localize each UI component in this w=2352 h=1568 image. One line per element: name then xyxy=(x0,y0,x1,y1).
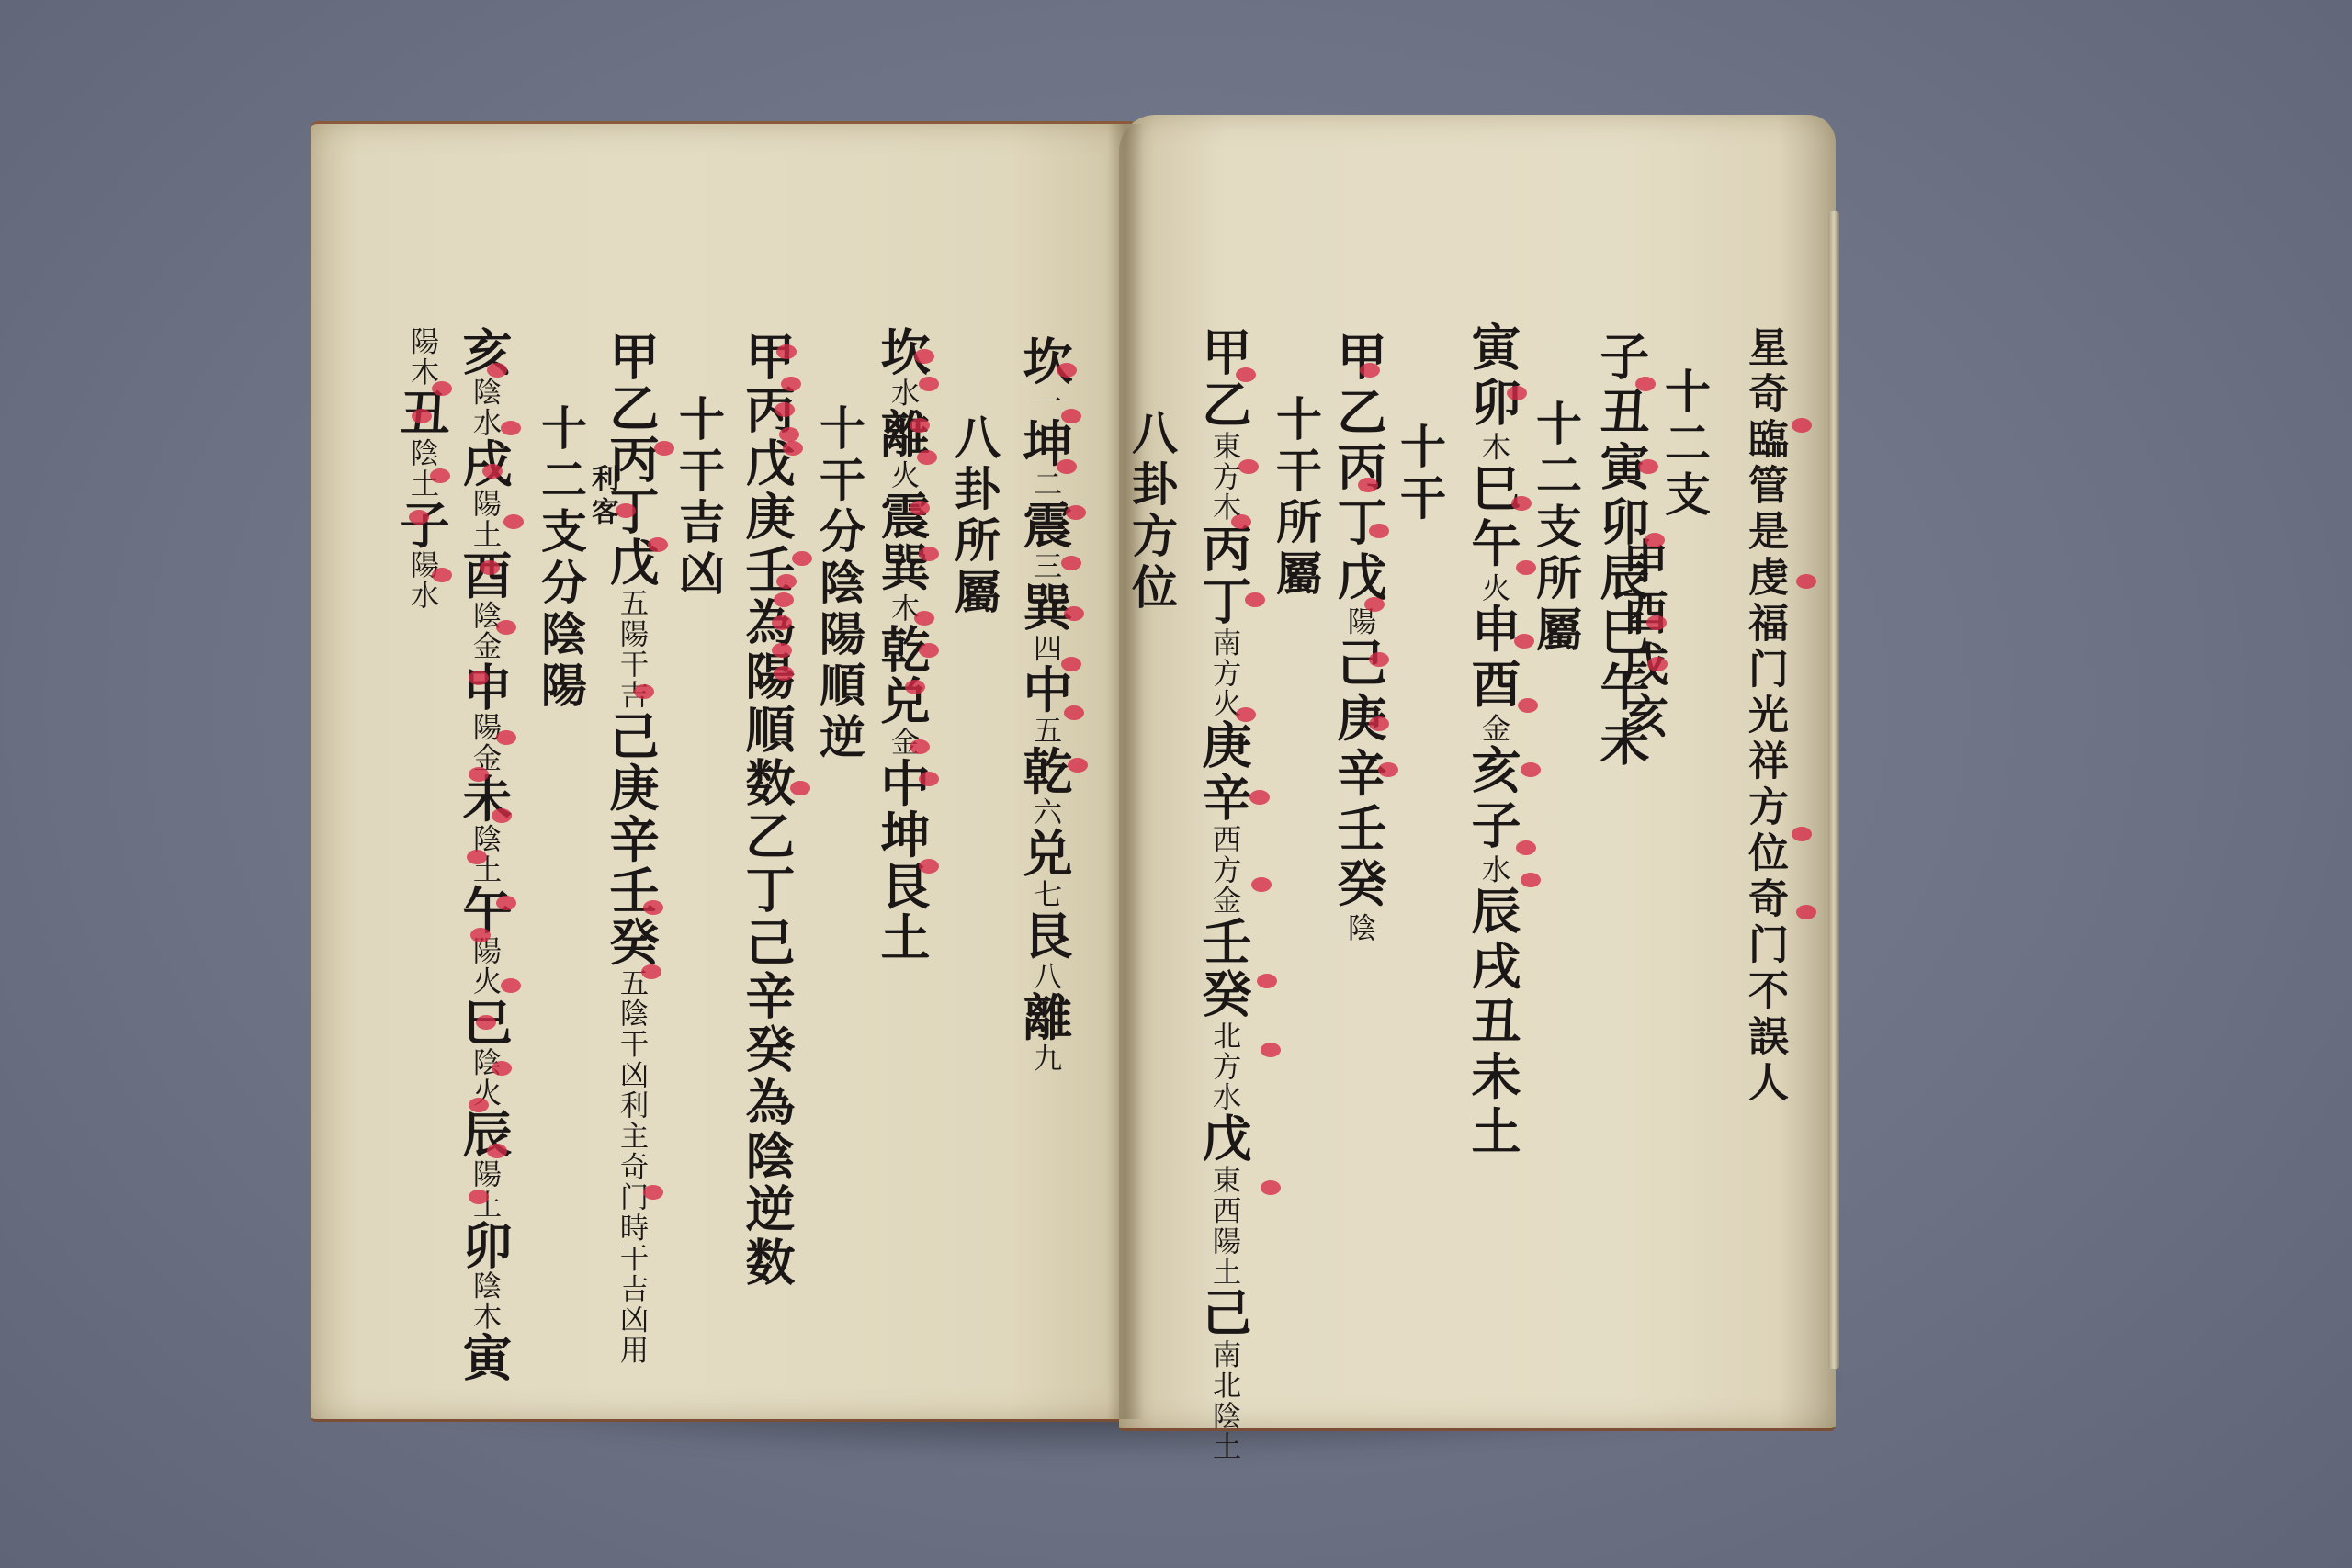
number: 一 xyxy=(1028,387,1061,417)
stems-order-column: 甲丙戊庚壬為陽順数乙丁己辛癸為陰逆数 xyxy=(742,331,792,1290)
stems-fortune-side-note: 利客 xyxy=(588,464,616,530)
page-stack-edge xyxy=(1828,211,1839,1369)
heading-ten-stems: 十干 xyxy=(1396,423,1442,525)
branch: 酉 xyxy=(455,549,514,600)
number: 八 xyxy=(1028,961,1061,991)
heading-text: 十干 xyxy=(1393,423,1447,525)
element-annotation: 火 xyxy=(886,459,919,490)
char-group: 寅卯 xyxy=(1464,321,1522,432)
branch: 卯 xyxy=(455,1220,514,1270)
direction-annotation: 東西陽土 xyxy=(1207,1165,1240,1287)
heading-branches-belong: 十二支所屬 xyxy=(1532,400,1578,657)
annotation: 五陰干凶利主 xyxy=(615,967,648,1151)
trigram: 離 xyxy=(1015,992,1074,1043)
heading-text: 十二支 xyxy=(1657,367,1712,522)
heading-twelve-branches: 十二支 xyxy=(1661,367,1707,522)
char-group: 己 xyxy=(1194,1287,1253,1339)
trigram: 乾兑 xyxy=(873,624,932,727)
yinyang-annotation: 陰 xyxy=(1342,912,1375,942)
direction-annotation: 西方金 xyxy=(1207,824,1240,916)
number: 五 xyxy=(1028,715,1061,745)
char-group: 壬癸 xyxy=(1194,916,1253,1021)
annotation: 陽水 xyxy=(405,549,438,611)
trigram: 坎 xyxy=(1015,335,1074,387)
annotation: 陽土 xyxy=(468,1158,501,1220)
heading-stems-fortune: 十干吉凶 xyxy=(675,395,721,601)
direction-annotation: 南北陰土 xyxy=(1207,1339,1240,1461)
element-annotation: 木 xyxy=(1476,432,1510,462)
char-group: 庚辛 xyxy=(1194,719,1253,824)
annotation: 陰金 xyxy=(468,600,501,661)
yin-sequence: 乙丁己辛癸為陰逆数 xyxy=(738,810,797,1290)
direction-annotation: 北方水 xyxy=(1207,1021,1240,1112)
annotation: 陰木 xyxy=(468,1270,501,1332)
title-column: 星奇臨管是虔福门光祥方位奇门不誤人 xyxy=(1744,326,1784,1107)
element-annotation: 土 xyxy=(1464,1105,1522,1160)
title-text: 星奇臨管是虔福门光祥方位奇门不誤人 xyxy=(1741,326,1788,1107)
trigram: 震 xyxy=(1015,500,1074,551)
trigram: 乾 xyxy=(1015,746,1074,797)
trigram: 中 xyxy=(1015,663,1074,715)
element-annotation: 土 xyxy=(873,911,932,963)
number: 二 xyxy=(1028,468,1061,499)
number: 三 xyxy=(1028,551,1061,581)
heading-branches-yinyang: 十二支分陰陽 xyxy=(537,404,583,713)
annotation: 陽木 xyxy=(405,326,438,388)
heading-text: 八卦方位 xyxy=(1125,409,1179,615)
element-annotation: 水 xyxy=(1476,854,1510,885)
stems-directions-column: 甲乙東方木丙丁南方火庚辛西方金壬癸北方水戊東西陽土己南北陰土 xyxy=(1199,326,1249,1461)
side-note-text: 利客 xyxy=(586,464,618,530)
char-group: 己庚辛壬癸 xyxy=(602,710,661,967)
heading-text: 八卦所屬 xyxy=(947,413,1001,619)
trigram: 兑 xyxy=(1015,828,1074,879)
number: 四 xyxy=(1028,633,1061,663)
number: 九 xyxy=(1028,1043,1061,1074)
stems-yinyang-column: 甲乙丙丁戊陽己庚辛壬癸陰 xyxy=(1334,331,1384,943)
char-group: 巳午 xyxy=(1464,462,1522,572)
char-group: 亥子 xyxy=(1464,744,1522,854)
annotation: 陽土 xyxy=(468,489,501,550)
element-annotation: 水 xyxy=(886,378,919,408)
number: 六 xyxy=(1028,797,1061,828)
branches-belong-column: 寅卯木巳午火申酉金亥子水辰戌丑未土 xyxy=(1468,321,1518,1160)
branches-text: 申酉戌亥 xyxy=(1615,537,1669,743)
left-page xyxy=(311,121,1133,1422)
book-gutter xyxy=(1107,124,1144,1419)
char-group: 辰戌丑未 xyxy=(1464,885,1522,1105)
char-group: 己庚辛壬癸 xyxy=(1329,637,1388,912)
heading-text: 十干所屬 xyxy=(1269,395,1323,601)
direction-annotation: 東方木 xyxy=(1207,431,1240,523)
direction-annotation: 南方火 xyxy=(1207,627,1240,719)
heading-text: 十二支所屬 xyxy=(1529,400,1583,657)
heading-stems-belong: 十干所屬 xyxy=(1272,395,1318,601)
branch: 申 xyxy=(455,661,514,712)
annotation: 奇门時干吉凶用 xyxy=(615,1151,648,1365)
branch: 子 xyxy=(392,499,451,549)
bagua-numbers-column: 坎一坤二震三巽四中五乾六兑七艮八離九 xyxy=(1020,335,1069,1074)
heading-text: 十干吉凶 xyxy=(672,395,726,601)
number: 七 xyxy=(1028,879,1061,909)
element-annotation: 火 xyxy=(1476,572,1510,603)
trigram: 艮 xyxy=(1015,909,1074,961)
annotation: 陰土 xyxy=(405,438,438,500)
annotation: 陽金 xyxy=(468,712,501,773)
heading-stems-yinyang-order: 十干分陰陽順逆 xyxy=(816,404,862,764)
branches-list-b: 申酉戌亥 xyxy=(1619,537,1665,743)
heading-bagua-belong: 八卦所屬 xyxy=(951,413,997,619)
heading-text: 十二支分陰陽 xyxy=(534,404,588,713)
annotation: 陽火 xyxy=(468,935,501,997)
branch: 寅 xyxy=(455,1332,514,1382)
annotation: 陰水 xyxy=(468,377,501,438)
element-annotation: 金 xyxy=(1476,714,1510,744)
heading-bagua-directions: 八卦方位 xyxy=(1128,409,1174,615)
branch: 戌 xyxy=(455,438,514,489)
trigram: 巽 xyxy=(1015,581,1074,633)
heading-text: 十干分陰陽順逆 xyxy=(812,404,866,764)
char-group: 申酉 xyxy=(1464,604,1522,714)
char-group: 丙丁 xyxy=(1194,523,1253,627)
char-group: 戊 xyxy=(1194,1112,1253,1165)
